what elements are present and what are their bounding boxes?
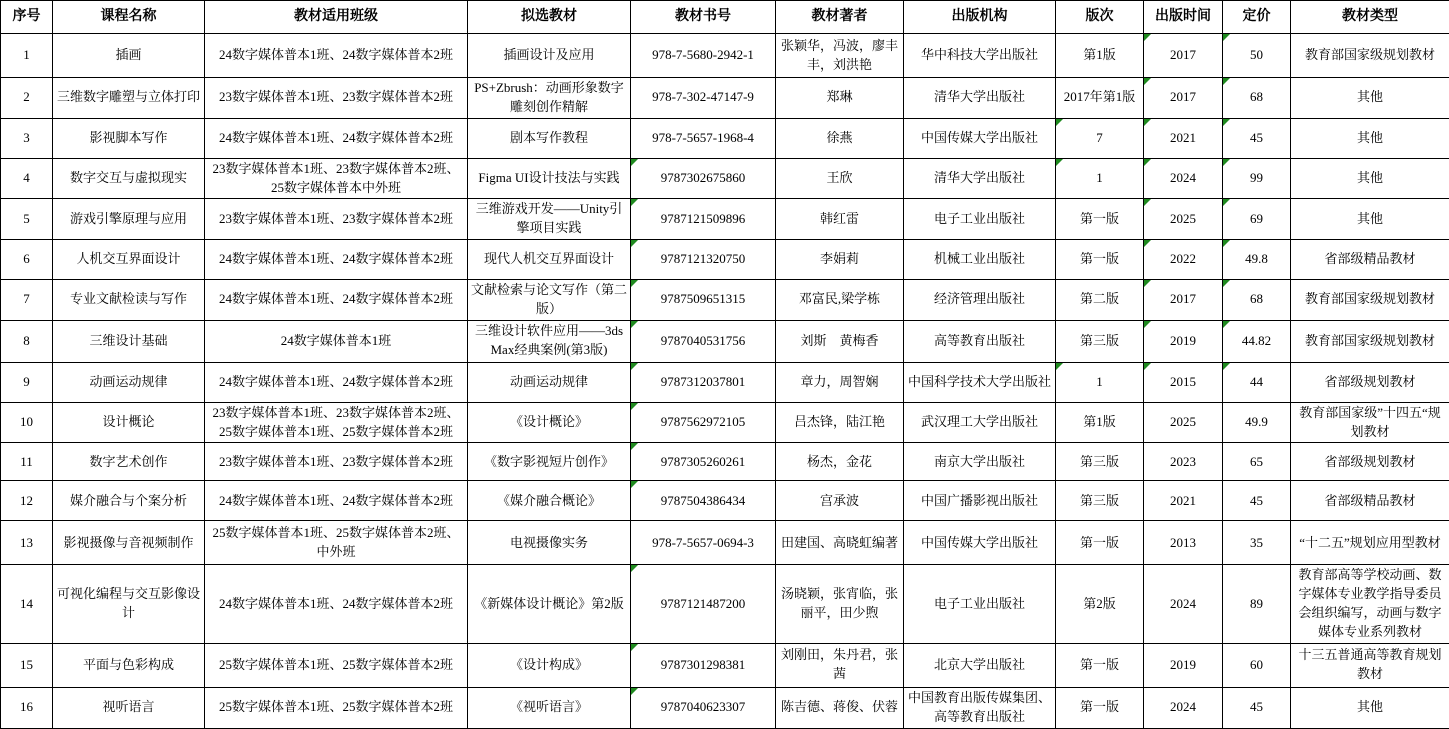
table-row: 12媒介融合与个案分析24数字媒体普本1班、24数字媒体普本2班《媒介融合概论》… (1, 481, 1449, 521)
cell-price[interactable]: 89 (1223, 565, 1291, 643)
cell-type[interactable]: 教育部国家级规划教材 (1291, 280, 1449, 321)
cell-type[interactable]: 其他 (1291, 78, 1449, 119)
cell-course[interactable]: 数字交互与虚拟现实 (53, 158, 205, 199)
cell-no[interactable]: 12 (1, 481, 53, 521)
cell-year[interactable]: 2025 (1144, 199, 1223, 240)
cell-price[interactable]: 68 (1223, 280, 1291, 321)
cell-classes[interactable]: 25数字媒体普本1班、25数字媒体普本2班、中外班 (205, 521, 468, 565)
cell-textbook[interactable]: 《视听语言》 (468, 687, 631, 728)
cell-classes[interactable]: 24数字媒体普本1班 (205, 320, 468, 362)
cell-price[interactable]: 44 (1223, 362, 1291, 402)
table-row: 5游戏引擎原理与应用23数字媒体普本1班、23数字媒体普本2班三维游戏开发——U… (1, 199, 1449, 240)
cell-textbook[interactable]: 《设计概论》 (468, 402, 631, 443)
column-header-type[interactable]: 教材类型 (1291, 1, 1449, 34)
cell-type[interactable]: 省部级精品教材 (1291, 240, 1449, 280)
cell-no[interactable]: 3 (1, 118, 53, 158)
table-row: 13影视摄像与音视频制作25数字媒体普本1班、25数字媒体普本2班、中外班电视摄… (1, 521, 1449, 565)
cell-year[interactable]: 2024 (1144, 565, 1223, 643)
cell-authors[interactable]: 徐燕 (776, 118, 904, 158)
cell-course[interactable]: 可视化编程与交互影像设计 (53, 565, 205, 643)
cell-course[interactable]: 插画 (53, 34, 205, 78)
table-row: 7专业文献检读与写作24数字媒体普本1班、24数字媒体普本2班文献检索与论文写作… (1, 280, 1449, 321)
cell-publisher[interactable]: 电子工业出版社 (904, 565, 1056, 643)
cell-classes[interactable]: 23数字媒体普本1班、23数字媒体普本2班、25数字媒体普本1班、25数字媒体普… (205, 402, 468, 443)
cell-no[interactable]: 9 (1, 362, 53, 402)
cell-isbn[interactable]: 9787121509896 (631, 199, 776, 240)
cell-authors[interactable]: 吕杰锋，陆江艳 (776, 402, 904, 443)
cell-classes[interactable]: 25数字媒体普本1班、25数字媒体普本2班 (205, 687, 468, 728)
cell-classes[interactable]: 24数字媒体普本1班、24数字媒体普本2班 (205, 362, 468, 402)
cell-publisher[interactable]: 北京大学出版社 (904, 643, 1056, 687)
cell-price[interactable]: 49.8 (1223, 240, 1291, 280)
cell-course[interactable]: 媒介融合与个案分析 (53, 481, 205, 521)
cell-textbook[interactable]: 插画设计及应用 (468, 34, 631, 78)
cell-course[interactable]: 人机交互界面设计 (53, 240, 205, 280)
cell-authors[interactable]: 王欣 (776, 158, 904, 199)
cell-publisher[interactable]: 机械工业出版社 (904, 240, 1056, 280)
cell-no[interactable]: 5 (1, 199, 53, 240)
table-row: 14可视化编程与交互影像设计24数字媒体普本1班、24数字媒体普本2班《新媒体设… (1, 565, 1449, 643)
cell-type[interactable]: 省部级规划教材 (1291, 362, 1449, 402)
column-header-textbook[interactable]: 拟选教材 (468, 1, 631, 34)
cell-isbn[interactable]: 9787562972105 (631, 402, 776, 443)
cell-classes[interactable]: 24数字媒体普本1班、24数字媒体普本2班 (205, 481, 468, 521)
cell-edition[interactable]: 第二版 (1056, 280, 1144, 321)
cell-no[interactable]: 6 (1, 240, 53, 280)
cell-textbook[interactable]: Figma UI设计技法与实践 (468, 158, 631, 199)
cell-classes[interactable]: 25数字媒体普本1班、25数字媒体普本2班 (205, 643, 468, 687)
table-row: 1插画24数字媒体普本1班、24数字媒体普本2班插画设计及应用978-7-568… (1, 34, 1449, 78)
cell-textbook[interactable]: 《新媒体设计概论》第2版 (468, 565, 631, 643)
cell-course[interactable]: 三维设计基础 (53, 320, 205, 362)
cell-year[interactable]: 2021 (1144, 481, 1223, 521)
cell-year[interactable]: 2025 (1144, 402, 1223, 443)
cell-no[interactable]: 8 (1, 320, 53, 362)
cell-type[interactable]: 其他 (1291, 199, 1449, 240)
cell-price[interactable]: 45 (1223, 687, 1291, 728)
column-header-year[interactable]: 出版时间 (1144, 1, 1223, 34)
cell-classes[interactable]: 24数字媒体普本1班、24数字媒体普本2班 (205, 240, 468, 280)
cell-publisher[interactable]: 经济管理出版社 (904, 280, 1056, 321)
cell-type[interactable]: “十二五”规划应用型教材 (1291, 521, 1449, 565)
cell-edition[interactable]: 第三版 (1056, 481, 1144, 521)
cell-no[interactable]: 2 (1, 78, 53, 119)
cell-year[interactable]: 2019 (1144, 320, 1223, 362)
cell-classes[interactable]: 23数字媒体普本1班、23数字媒体普本2班 (205, 199, 468, 240)
cell-isbn[interactable]: 9787312037801 (631, 362, 776, 402)
cell-type[interactable]: 其他 (1291, 118, 1449, 158)
cell-textbook[interactable]: 电视摄像实务 (468, 521, 631, 565)
cell-course[interactable]: 游戏引擎原理与应用 (53, 199, 205, 240)
cell-no[interactable]: 14 (1, 565, 53, 643)
cell-classes[interactable]: 24数字媒体普本1班、24数字媒体普本2班 (205, 280, 468, 321)
cell-type[interactable]: 教育部高等学校动画、数字媒体专业教学指导委员会组织编写，动画与数字媒体专业系列教… (1291, 565, 1449, 643)
column-header-price[interactable]: 定价 (1223, 1, 1291, 34)
cell-course[interactable]: 影视摄像与音视频制作 (53, 521, 205, 565)
cell-type[interactable]: 其他 (1291, 687, 1449, 728)
cell-isbn[interactable]: 978-7-302-47147-9 (631, 78, 776, 119)
cell-type[interactable]: 省部级规划教材 (1291, 443, 1449, 481)
cell-year[interactable]: 2017 (1144, 34, 1223, 78)
cell-type[interactable]: 十三五普通高等教育规划教材 (1291, 643, 1449, 687)
cell-type[interactable]: 其他 (1291, 158, 1449, 199)
cell-isbn[interactable]: 9787040531756 (631, 320, 776, 362)
table-row: 9动画运动规律24数字媒体普本1班、24数字媒体普本2班动画运动规律978731… (1, 362, 1449, 402)
cell-isbn[interactable]: 9787504386434 (631, 481, 776, 521)
cell-edition[interactable]: 第一版 (1056, 199, 1144, 240)
column-header-isbn[interactable]: 教材书号 (631, 1, 776, 34)
cell-publisher[interactable]: 中国广播影视出版社 (904, 481, 1056, 521)
cell-isbn[interactable]: 9787509651315 (631, 280, 776, 321)
cell-isbn[interactable]: 978-7-5680-2942-1 (631, 34, 776, 78)
cell-edition[interactable]: 第1版 (1056, 402, 1144, 443)
column-header-course[interactable]: 课程名称 (53, 1, 205, 34)
cell-authors[interactable]: 田建国、高晓虹编著 (776, 521, 904, 565)
column-header-edition[interactable]: 版次 (1056, 1, 1144, 34)
cell-isbn[interactable]: 9787121487200 (631, 565, 776, 643)
cell-price[interactable]: 65 (1223, 443, 1291, 481)
cell-textbook[interactable]: 三维游戏开发——Unity引擎项目实践 (468, 199, 631, 240)
table-row: 16视听语言25数字媒体普本1班、25数字媒体普本2班《视听语言》9787040… (1, 687, 1449, 728)
cell-publisher[interactable]: 电子工业出版社 (904, 199, 1056, 240)
cell-course[interactable]: 动画运动规律 (53, 362, 205, 402)
cell-publisher[interactable]: 高等教育出版社 (904, 320, 1056, 362)
table-row: 10设计概论23数字媒体普本1班、23数字媒体普本2班、25数字媒体普本1班、2… (1, 402, 1449, 443)
cell-isbn[interactable]: 9787040623307 (631, 687, 776, 728)
cell-no[interactable]: 4 (1, 158, 53, 199)
cell-publisher[interactable]: 武汉理工大学出版社 (904, 402, 1056, 443)
cell-edition[interactable]: 第一版 (1056, 687, 1144, 728)
cell-no[interactable]: 15 (1, 643, 53, 687)
cell-edition[interactable]: 第1版 (1056, 34, 1144, 78)
cell-authors[interactable]: 汤晓颖，张宵临，张丽平，田少煦 (776, 565, 904, 643)
cell-edition[interactable]: 1 (1056, 362, 1144, 402)
cell-authors[interactable]: 宫承波 (776, 481, 904, 521)
cell-authors[interactable]: 李娟莉 (776, 240, 904, 280)
cell-course[interactable]: 视听语言 (53, 687, 205, 728)
cell-textbook[interactable]: 动画运动规律 (468, 362, 631, 402)
cell-course[interactable]: 平面与色彩构成 (53, 643, 205, 687)
cell-price[interactable]: 45 (1223, 481, 1291, 521)
cell-publisher[interactable]: 中国传媒大学出版社 (904, 118, 1056, 158)
cell-textbook[interactable]: 剧本写作教程 (468, 118, 631, 158)
cell-no[interactable]: 10 (1, 402, 53, 443)
cell-year[interactable]: 2017 (1144, 78, 1223, 119)
table-row: 15平面与色彩构成25数字媒体普本1班、25数字媒体普本2班《设计构成》9787… (1, 643, 1449, 687)
cell-authors[interactable]: 邓富民,梁学栋 (776, 280, 904, 321)
cell-classes[interactable]: 23数字媒体普本1班、23数字媒体普本2班 (205, 443, 468, 481)
cell-authors[interactable]: 陈吉德、蒋俊、伏蓉 (776, 687, 904, 728)
cell-course[interactable]: 设计概论 (53, 402, 205, 443)
cell-isbn[interactable]: 978-7-5657-0694-3 (631, 521, 776, 565)
cell-publisher[interactable]: 清华大学出版社 (904, 158, 1056, 199)
cell-year[interactable]: 2023 (1144, 443, 1223, 481)
cell-classes[interactable]: 24数字媒体普本1班、24数字媒体普本2班 (205, 34, 468, 78)
cell-authors[interactable]: 章力，周智娴 (776, 362, 904, 402)
cell-publisher[interactable]: 中国科学技术大学出版社 (904, 362, 1056, 402)
cell-publisher[interactable]: 中国传媒大学出版社 (904, 521, 1056, 565)
cell-edition[interactable]: 第一版 (1056, 643, 1144, 687)
cell-textbook[interactable]: 现代人机交互界面设计 (468, 240, 631, 280)
cell-price[interactable]: 49.9 (1223, 402, 1291, 443)
table-body: 1插画24数字媒体普本1班、24数字媒体普本2班插画设计及应用978-7-568… (1, 34, 1449, 729)
cell-isbn[interactable]: 9787301298381 (631, 643, 776, 687)
table-row: 8三维设计基础24数字媒体普本1班三维设计软件应用——3ds Max经典案例(第… (1, 320, 1449, 362)
cell-type[interactable]: 教育部国家级规划教材 (1291, 34, 1449, 78)
cell-classes[interactable]: 24数字媒体普本1班、24数字媒体普本2班 (205, 118, 468, 158)
cell-publisher[interactable]: 南京大学出版社 (904, 443, 1056, 481)
cell-price[interactable]: 68 (1223, 78, 1291, 119)
cell-year[interactable]: 2017 (1144, 280, 1223, 321)
cell-isbn[interactable]: 9787305260261 (631, 443, 776, 481)
cell-year[interactable]: 2022 (1144, 240, 1223, 280)
textbook-selection-table: 序号课程名称教材适用班级拟选教材教材书号教材著者出版机构版次出版时间定价教材类型… (0, 0, 1449, 729)
cell-isbn[interactable]: 9787302675860 (631, 158, 776, 199)
cell-year[interactable]: 2019 (1144, 643, 1223, 687)
cell-textbook[interactable]: 文献检索与论文写作（第二版） (468, 280, 631, 321)
cell-authors[interactable]: 郑琳 (776, 78, 904, 119)
cell-classes[interactable]: 23数字媒体普本1班、23数字媒体普本2班 (205, 78, 468, 119)
cell-price[interactable]: 35 (1223, 521, 1291, 565)
cell-classes[interactable]: 23数字媒体普本1班、23数字媒体普本2班、25数字媒体普本中外班 (205, 158, 468, 199)
cell-edition[interactable]: 第三版 (1056, 443, 1144, 481)
cell-isbn[interactable]: 978-7-5657-1968-4 (631, 118, 776, 158)
cell-edition[interactable]: 1 (1056, 158, 1144, 199)
table-row: 4数字交互与虚拟现实23数字媒体普本1班、23数字媒体普本2班、25数字媒体普本… (1, 158, 1449, 199)
cell-price[interactable]: 99 (1223, 158, 1291, 199)
table-row: 3影视脚本写作24数字媒体普本1班、24数字媒体普本2班剧本写作教程978-7-… (1, 118, 1449, 158)
cell-textbook[interactable]: PS+Zbrush：动画形象数字雕刻创作精解 (468, 78, 631, 119)
cell-edition[interactable]: 2017年第1版 (1056, 78, 1144, 119)
cell-price[interactable]: 50 (1223, 34, 1291, 78)
column-header-authors[interactable]: 教材著者 (776, 1, 904, 34)
header-row: 序号课程名称教材适用班级拟选教材教材书号教材著者出版机构版次出版时间定价教材类型 (1, 1, 1449, 34)
column-header-no[interactable]: 序号 (1, 1, 53, 34)
table-row: 6人机交互界面设计24数字媒体普本1班、24数字媒体普本2班现代人机交互界面设计… (1, 240, 1449, 280)
cell-edition[interactable]: 第2版 (1056, 565, 1144, 643)
cell-authors[interactable]: 张颖华，冯波，廖丰丰，刘洪艳 (776, 34, 904, 78)
cell-year[interactable]: 2013 (1144, 521, 1223, 565)
cell-publisher[interactable]: 清华大学出版社 (904, 78, 1056, 119)
cell-textbook[interactable]: 《数字影视短片创作》 (468, 443, 631, 481)
cell-no[interactable]: 13 (1, 521, 53, 565)
cell-year[interactable]: 2021 (1144, 118, 1223, 158)
cell-course[interactable]: 专业文献检读与写作 (53, 280, 205, 321)
cell-authors[interactable]: 刘刚田，朱丹君，张茜 (776, 643, 904, 687)
cell-price[interactable]: 69 (1223, 199, 1291, 240)
cell-year[interactable]: 2015 (1144, 362, 1223, 402)
cell-textbook[interactable]: 《设计构成》 (468, 643, 631, 687)
cell-isbn[interactable]: 9787121320750 (631, 240, 776, 280)
cell-edition[interactable]: 第一版 (1056, 240, 1144, 280)
cell-course[interactable]: 数字艺术创作 (53, 443, 205, 481)
cell-no[interactable]: 11 (1, 443, 53, 481)
cell-textbook[interactable]: 《媒介融合概论》 (468, 481, 631, 521)
table-row: 11数字艺术创作23数字媒体普本1班、23数字媒体普本2班《数字影视短片创作》9… (1, 443, 1449, 481)
cell-edition[interactable]: 第一版 (1056, 521, 1144, 565)
column-header-classes[interactable]: 教材适用班级 (205, 1, 468, 34)
cell-type[interactable]: 教育部国家级规划教材 (1291, 320, 1449, 362)
table-row: 2三维数字雕塑与立体打印23数字媒体普本1班、23数字媒体普本2班PS+Zbru… (1, 78, 1449, 119)
cell-publisher[interactable]: 中国教育出版传媒集团、高等教育出版社 (904, 687, 1056, 728)
cell-course[interactable]: 三维数字雕塑与立体打印 (53, 78, 205, 119)
cell-publisher[interactable]: 华中科技大学出版社 (904, 34, 1056, 78)
cell-no[interactable]: 16 (1, 687, 53, 728)
cell-price[interactable]: 45 (1223, 118, 1291, 158)
cell-type[interactable]: 教育部国家级”十四五“规划教材 (1291, 402, 1449, 443)
cell-year[interactable]: 2024 (1144, 158, 1223, 199)
cell-classes[interactable]: 24数字媒体普本1班、24数字媒体普本2班 (205, 565, 468, 643)
cell-price[interactable]: 44.82 (1223, 320, 1291, 362)
cell-authors[interactable]: 杨杰，金花 (776, 443, 904, 481)
cell-no[interactable]: 1 (1, 34, 53, 78)
cell-textbook[interactable]: 三维设计软件应用——3ds Max经典案例(第3版) (468, 320, 631, 362)
cell-course[interactable]: 影视脚本写作 (53, 118, 205, 158)
cell-edition[interactable]: 7 (1056, 118, 1144, 158)
cell-type[interactable]: 省部级精品教材 (1291, 481, 1449, 521)
cell-authors[interactable]: 刘斯 黄梅香 (776, 320, 904, 362)
cell-price[interactable]: 60 (1223, 643, 1291, 687)
cell-edition[interactable]: 第三版 (1056, 320, 1144, 362)
cell-authors[interactable]: 韩红雷 (776, 199, 904, 240)
column-header-publisher[interactable]: 出版机构 (904, 1, 1056, 34)
cell-year[interactable]: 2024 (1144, 687, 1223, 728)
cell-no[interactable]: 7 (1, 280, 53, 321)
